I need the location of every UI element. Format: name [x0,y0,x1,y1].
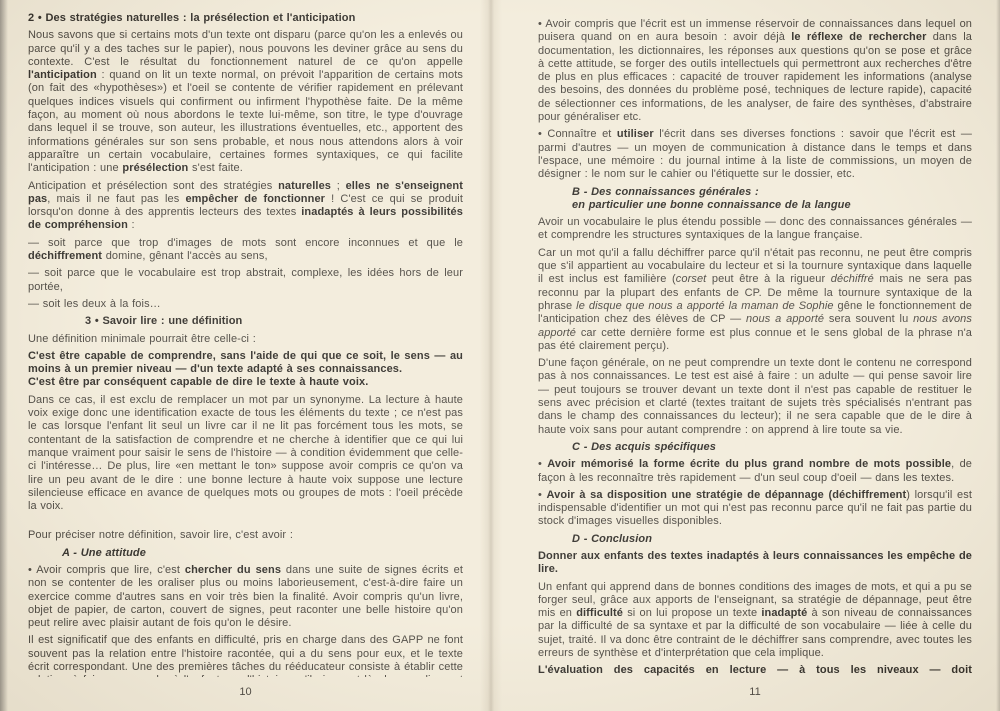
text-run: 3 • Savoir lire : une définition [85,315,242,327]
bold-text: le réflexe de rechercher [791,31,926,43]
text-run: — soit parce que le vocabulaire est trop… [28,267,463,292]
bold-text: Avoir à sa disposition une stratégie de … [547,489,907,501]
bold-text: présélection [122,162,188,174]
bold-text: empêcher de fonctionner [185,193,325,205]
text-run: B - Des connaissances générales : [572,186,759,198]
page-number-left: 10 [28,686,463,698]
bold-text: C'est être capable de comprendre, sans l… [28,350,463,375]
text-run: D - Conclusion [572,533,652,545]
text-run: : [128,219,135,231]
paragraph: Avoir un vocabulaire le plus étendu poss… [538,216,972,243]
text-run: Pour préciser notre définition, savoir l… [28,529,293,541]
bold-text: Avoir mémorisé la forme écrite du plus g… [547,458,951,470]
bold-text: Donner aux enfants des textes inadaptés … [538,550,972,575]
text-run: en particulier une bonne connaissance de… [572,199,851,211]
paragraph: Dans ce cas, il est exclu de remplacer u… [28,394,463,514]
page-number-right: 11 [538,686,972,698]
text-run: si on lui propose un texte [623,607,761,619]
text-run: • [538,489,547,501]
text-run: C - Des acquis spécifiques [572,441,716,453]
text-run: • [538,458,547,470]
text-run: car cette dernière forme est plus connue… [538,327,972,352]
bold-text: l'anticipation [28,69,97,81]
paragraph: Donner aux enfants des textes inadaptés … [538,550,972,577]
text-run: s'est faite. [188,162,243,174]
paragraph: Pour préciser notre définition, savoir l… [28,529,463,542]
book-gutter-shadow [480,0,502,711]
paragraph: • Avoir compris que l'écrit est un immen… [538,18,972,124]
text-run: • Connaître et [538,128,617,140]
text-run: : quand on lit un texte normal, on prévo… [28,69,463,174]
text-run: — soit parce que trop d'images de mots s… [28,237,463,249]
bold-text: chercher du sens [185,564,281,576]
scan-edge-right [996,0,1000,711]
scan-edge-left [0,0,8,711]
paragraph: Nous savons que si certains mots d'un te… [28,29,463,175]
dash-item: — soit parce que trop d'images de mots s… [28,237,463,264]
text-run: sera souvent lu [824,313,913,325]
paragraph: Un enfant qui apprend dans de bonnes con… [538,581,972,661]
text-run: • Avoir compris que lire, c'est [28,564,185,576]
subsection-heading-b: B - Des connaissances générales : [538,186,972,199]
subsection-heading-a: A - Une attitude [28,547,463,560]
paragraph: Anticipation et présélection sont des st… [28,180,463,233]
chapter-heading-2: 2 • Des stratégies naturelles : la présé… [28,12,463,25]
text-run: Une définition minimale pourrait être ce… [28,333,256,345]
text-run: Anticipation et présélection sont des st… [28,180,278,192]
italic-text: corset [676,273,707,285]
page-left-content: 2 • Des stratégies naturelles : la présé… [28,0,463,677]
bold-text: déchiffrement [28,250,102,262]
paragraph: • Avoir compris que lire, c'est chercher… [28,564,463,630]
dash-item: — soit les deux à la fois… [28,298,463,311]
subsection-heading-b-line2: en particulier une bonne connaissance de… [538,199,972,212]
text-run: Dans ce cas, il est exclu de remplacer u… [28,394,463,512]
text-run: peut être à la rigueur [706,273,830,285]
bold-text: utiliser [617,128,654,140]
page-left: 2 • Des stratégies naturelles : la présé… [0,0,500,711]
page-right: • Avoir compris que l'écrit est un immen… [500,0,1000,711]
paragraph: • Avoir à sa disposition une stratégie d… [538,489,972,529]
text-run: — soit les deux à la fois… [28,298,161,310]
paragraph: Une définition minimale pourrait être ce… [28,333,463,346]
bold-text: difficulté [576,607,623,619]
paragraph: • Avoir mémorisé la forme écrite du plus… [538,458,972,485]
text-run: , mais il ne faut pas les [47,193,185,205]
chapter-heading-3: 3 • Savoir lire : une définition [28,315,463,328]
paragraph: L'évaluation des capacités en lecture — … [538,664,972,677]
text-run: domine, gênant l'accès au sens, [102,250,268,262]
page-right-content: • Avoir compris que l'écrit est un immen… [538,0,972,677]
paragraph: C'est être capable de comprendre, sans l… [28,350,463,377]
paragraph: Car un mot qu'il a fallu déchiffrer parc… [538,247,972,353]
italic-text: le disque que nous a apporté la maman de… [576,300,833,312]
subsection-heading-c: C - Des acquis spécifiques [538,441,972,454]
bold-text: L'évaluation des capacités en lecture — … [538,664,972,677]
paragraph: D'une façon générale, on ne peut compren… [538,357,972,437]
bold-text: C'est être par conséquent capable de dir… [28,376,368,388]
text-run: A - Une attitude [62,547,146,559]
paragraph: Il est significatif que des enfants en d… [28,634,463,677]
text-run: Nous savons que si certains mots d'un te… [28,29,463,68]
bold-text: inadapté [761,607,807,619]
bold-text: naturelles [278,180,331,192]
subsection-heading-d: D - Conclusion [538,533,972,546]
italic-text: déchiffré [831,273,874,285]
text-run: 2 • Des stratégies naturelles : la présé… [28,12,355,24]
dash-item: — soit parce que le vocabulaire est trop… [28,267,463,294]
text-run: Avoir un vocabulaire le plus étendu poss… [538,216,972,241]
text-run: D'une façon générale, on ne peut compren… [538,357,972,435]
text-run: dans la documentation, les dictionnaires… [538,31,972,123]
text-run: ; [331,180,346,192]
paragraph: • Connaître et utiliser l'écrit dans ses… [538,128,972,181]
paragraph: C'est être par conséquent capable de dir… [28,376,463,389]
book-spread: 2 • Des stratégies naturelles : la présé… [0,0,1000,711]
italic-text: nous a apporté [746,313,824,325]
text-run: Il est significatif que des enfants en d… [28,634,463,677]
